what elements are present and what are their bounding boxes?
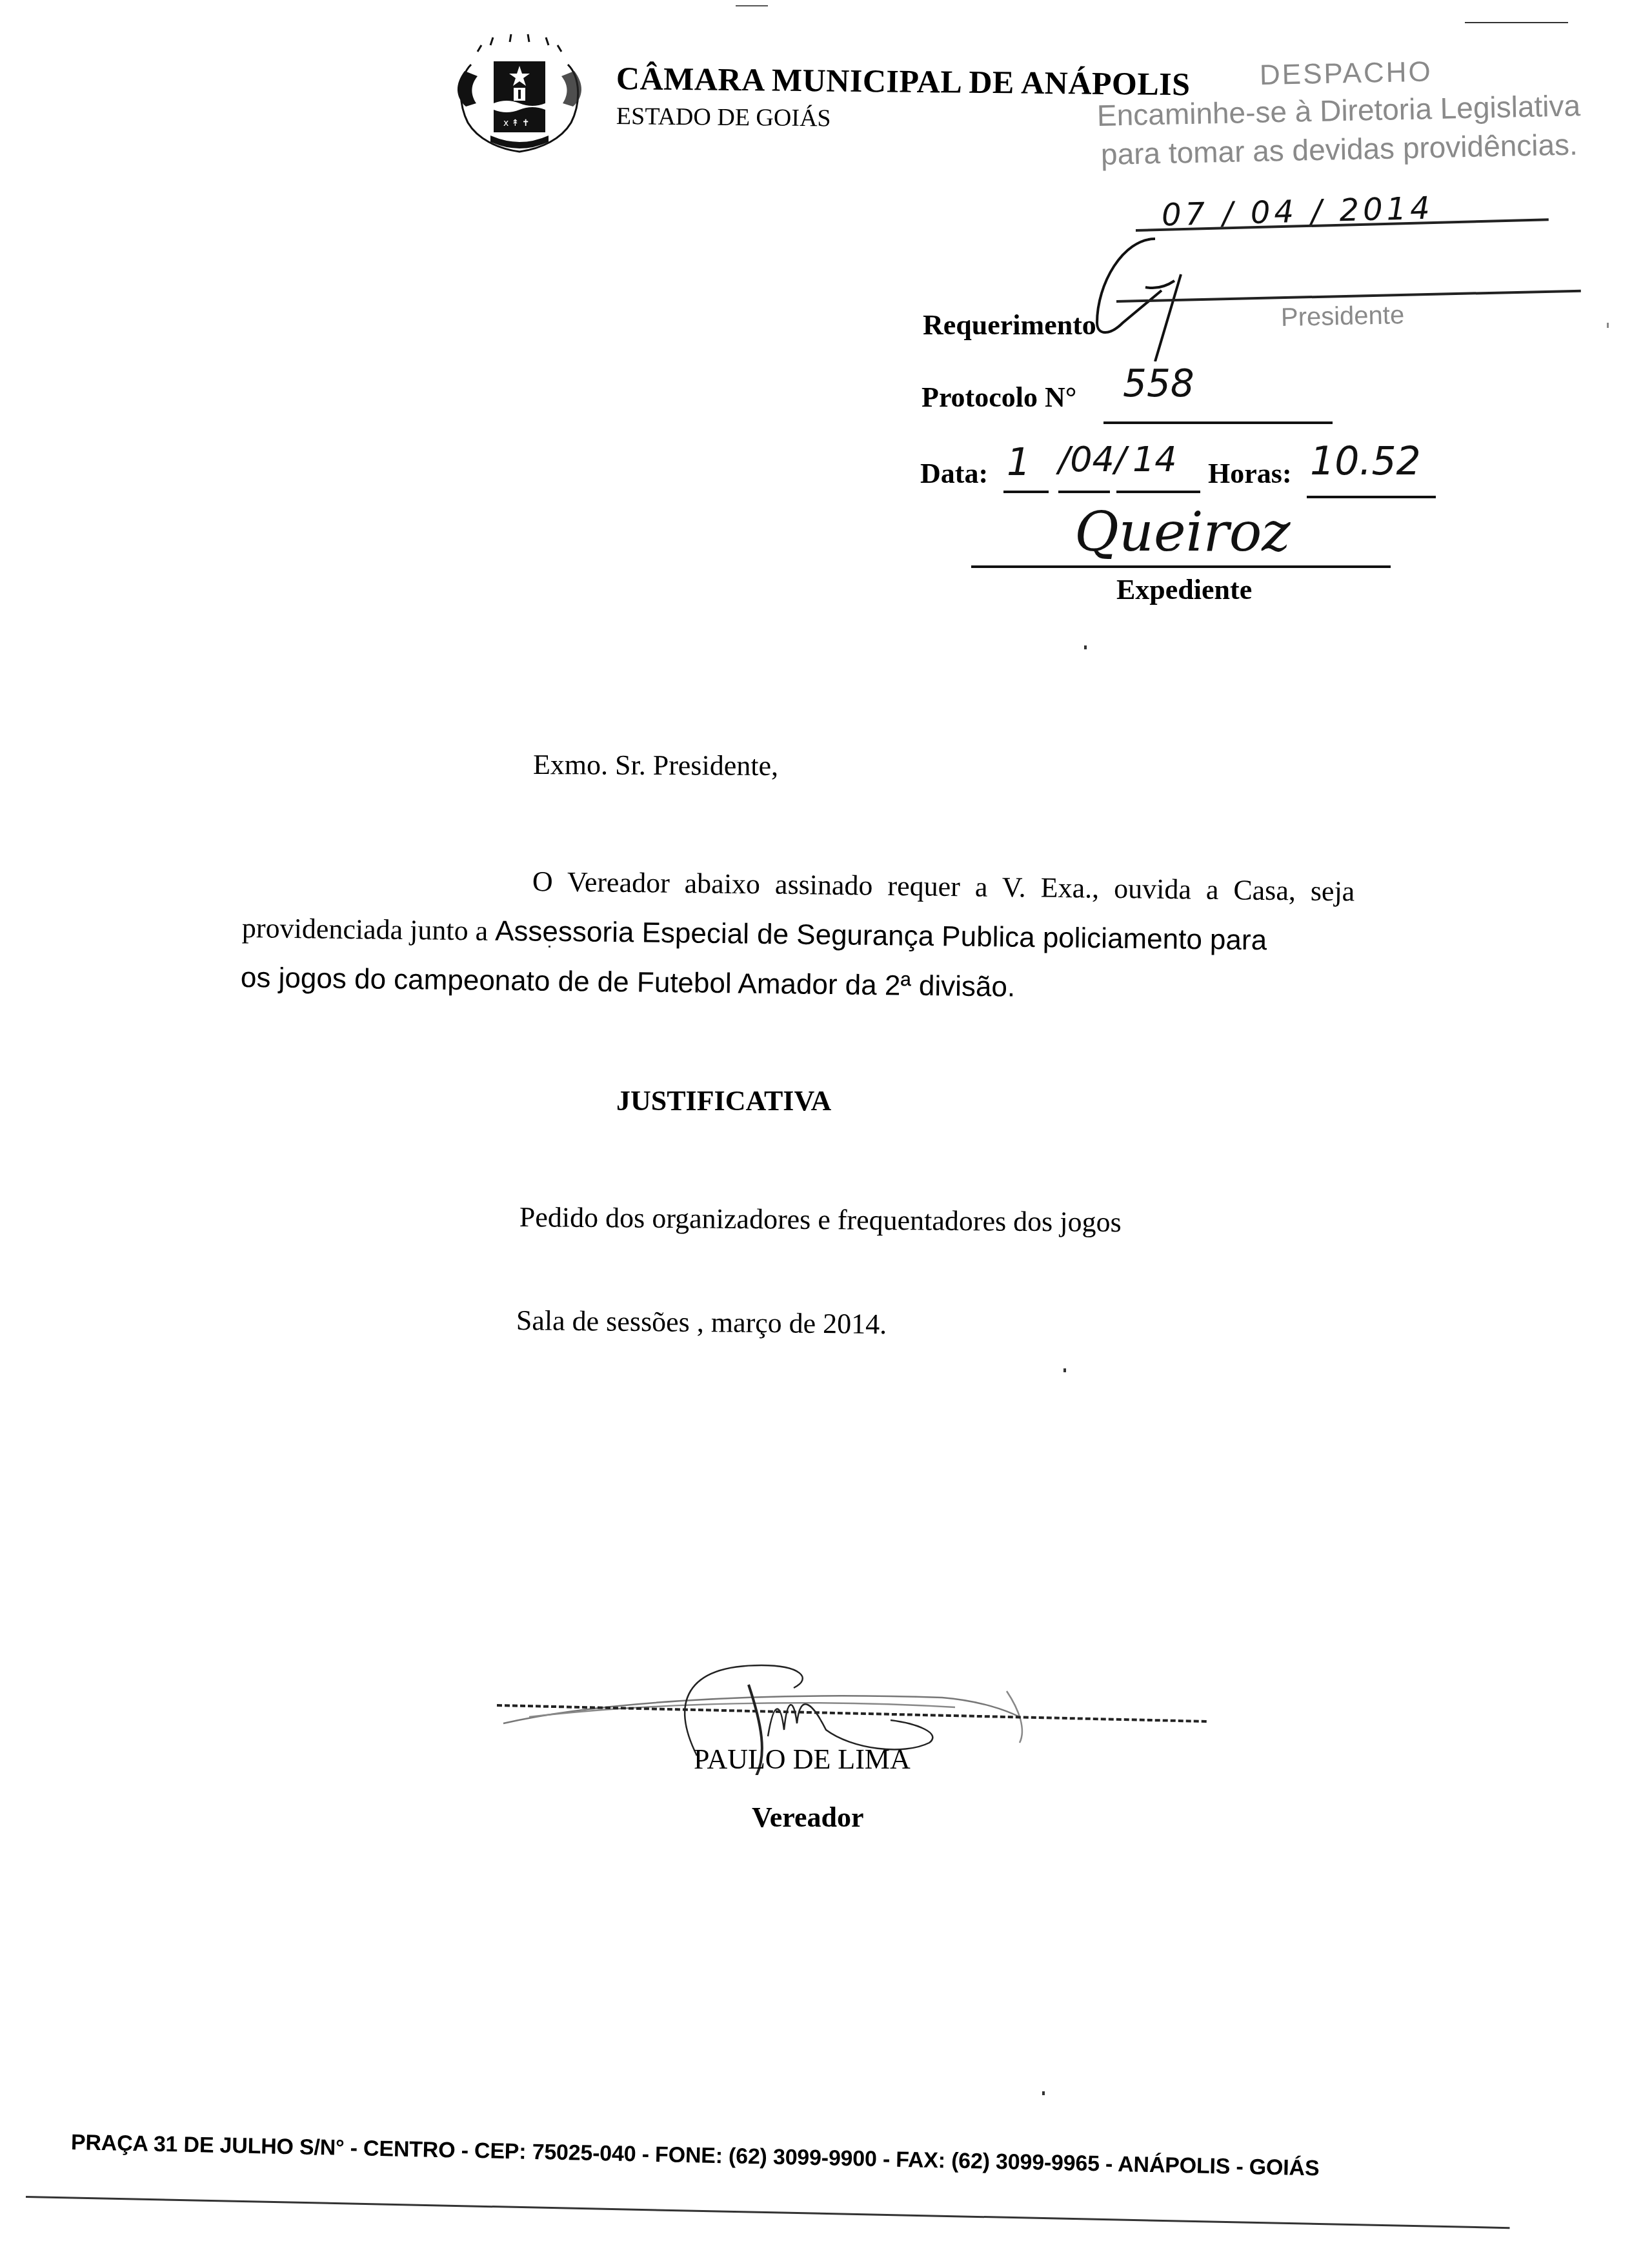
requerimento-label: Requerimento	[923, 309, 1096, 341]
data-rule	[1058, 491, 1110, 493]
despacho-line: para tomar as devidas providências.	[1100, 127, 1578, 172]
salutation: Exmo. Sr. Presidente,	[533, 748, 778, 782]
signer-name: PAULO DE LIMA	[694, 1743, 911, 1776]
scan-speck	[1042, 2091, 1045, 2095]
org-name: CÂMARA MUNICIPAL DE ANÁPOLIS	[616, 59, 1191, 103]
expediente-signature: Queiroz	[1074, 500, 1291, 563]
horas-value: 10.52	[1310, 439, 1421, 484]
protocolo-rule	[1103, 421, 1333, 424]
paragraph-fragment: Assessoria Especial de Segurança Publica…	[495, 915, 1267, 957]
data-year: 14	[1133, 439, 1177, 480]
signer-role: Vereador	[752, 1801, 864, 1834]
footer-address: PRAÇA 31 DE JULHO S/N° - CENTRO - CEP: 7…	[71, 2130, 1320, 2182]
paragraph-fragment: providenciada junto a	[242, 912, 496, 947]
data-day: 1	[1007, 440, 1031, 484]
president-label: Presidente	[1281, 301, 1405, 332]
justification-text: Pedido dos organizadores e frequentadore…	[519, 1201, 1122, 1239]
despacho-title: DESPACHO	[1259, 56, 1433, 92]
scan-speck	[1063, 1368, 1066, 1372]
closing-line: Sala de sessões , março de 2014.	[516, 1304, 887, 1341]
data-label: Data:	[920, 457, 988, 490]
justification-title: JUSTIFICATIVA	[616, 1084, 831, 1117]
protocolo-value: 558	[1123, 361, 1194, 405]
data-month: /04/	[1058, 439, 1126, 480]
expediente-rule	[971, 565, 1391, 568]
crest-icon: x ↟ ✝	[452, 26, 587, 161]
scan-speck	[1084, 645, 1087, 649]
paragraph-line: os jogos do campeonato de de Futebol Ama…	[241, 962, 1016, 1004]
president-signature-icon	[1084, 213, 1252, 361]
expediente-label: Expediente	[1116, 573, 1252, 606]
data-rule	[1003, 491, 1049, 493]
scan-speck	[1607, 323, 1609, 328]
horas-label: Horas:	[1208, 457, 1292, 490]
footer-rule	[26, 2196, 1510, 2229]
org-state: ESTADO DE GOIÁS	[616, 102, 831, 132]
scan-artifact-rule	[1465, 22, 1568, 23]
horas-rule	[1307, 496, 1436, 498]
paragraph-line: O Vereador abaixo assinado requer a V. E…	[532, 865, 1355, 908]
scan-artifact-rule	[736, 5, 768, 6]
paragraph-line: providenciada junto a Assessoria Especia…	[242, 911, 1267, 957]
svg-text:x ↟ ✝: x ↟ ✝	[503, 118, 530, 128]
data-rule	[1116, 491, 1200, 493]
protocolo-label: Protocolo N°	[922, 381, 1076, 414]
